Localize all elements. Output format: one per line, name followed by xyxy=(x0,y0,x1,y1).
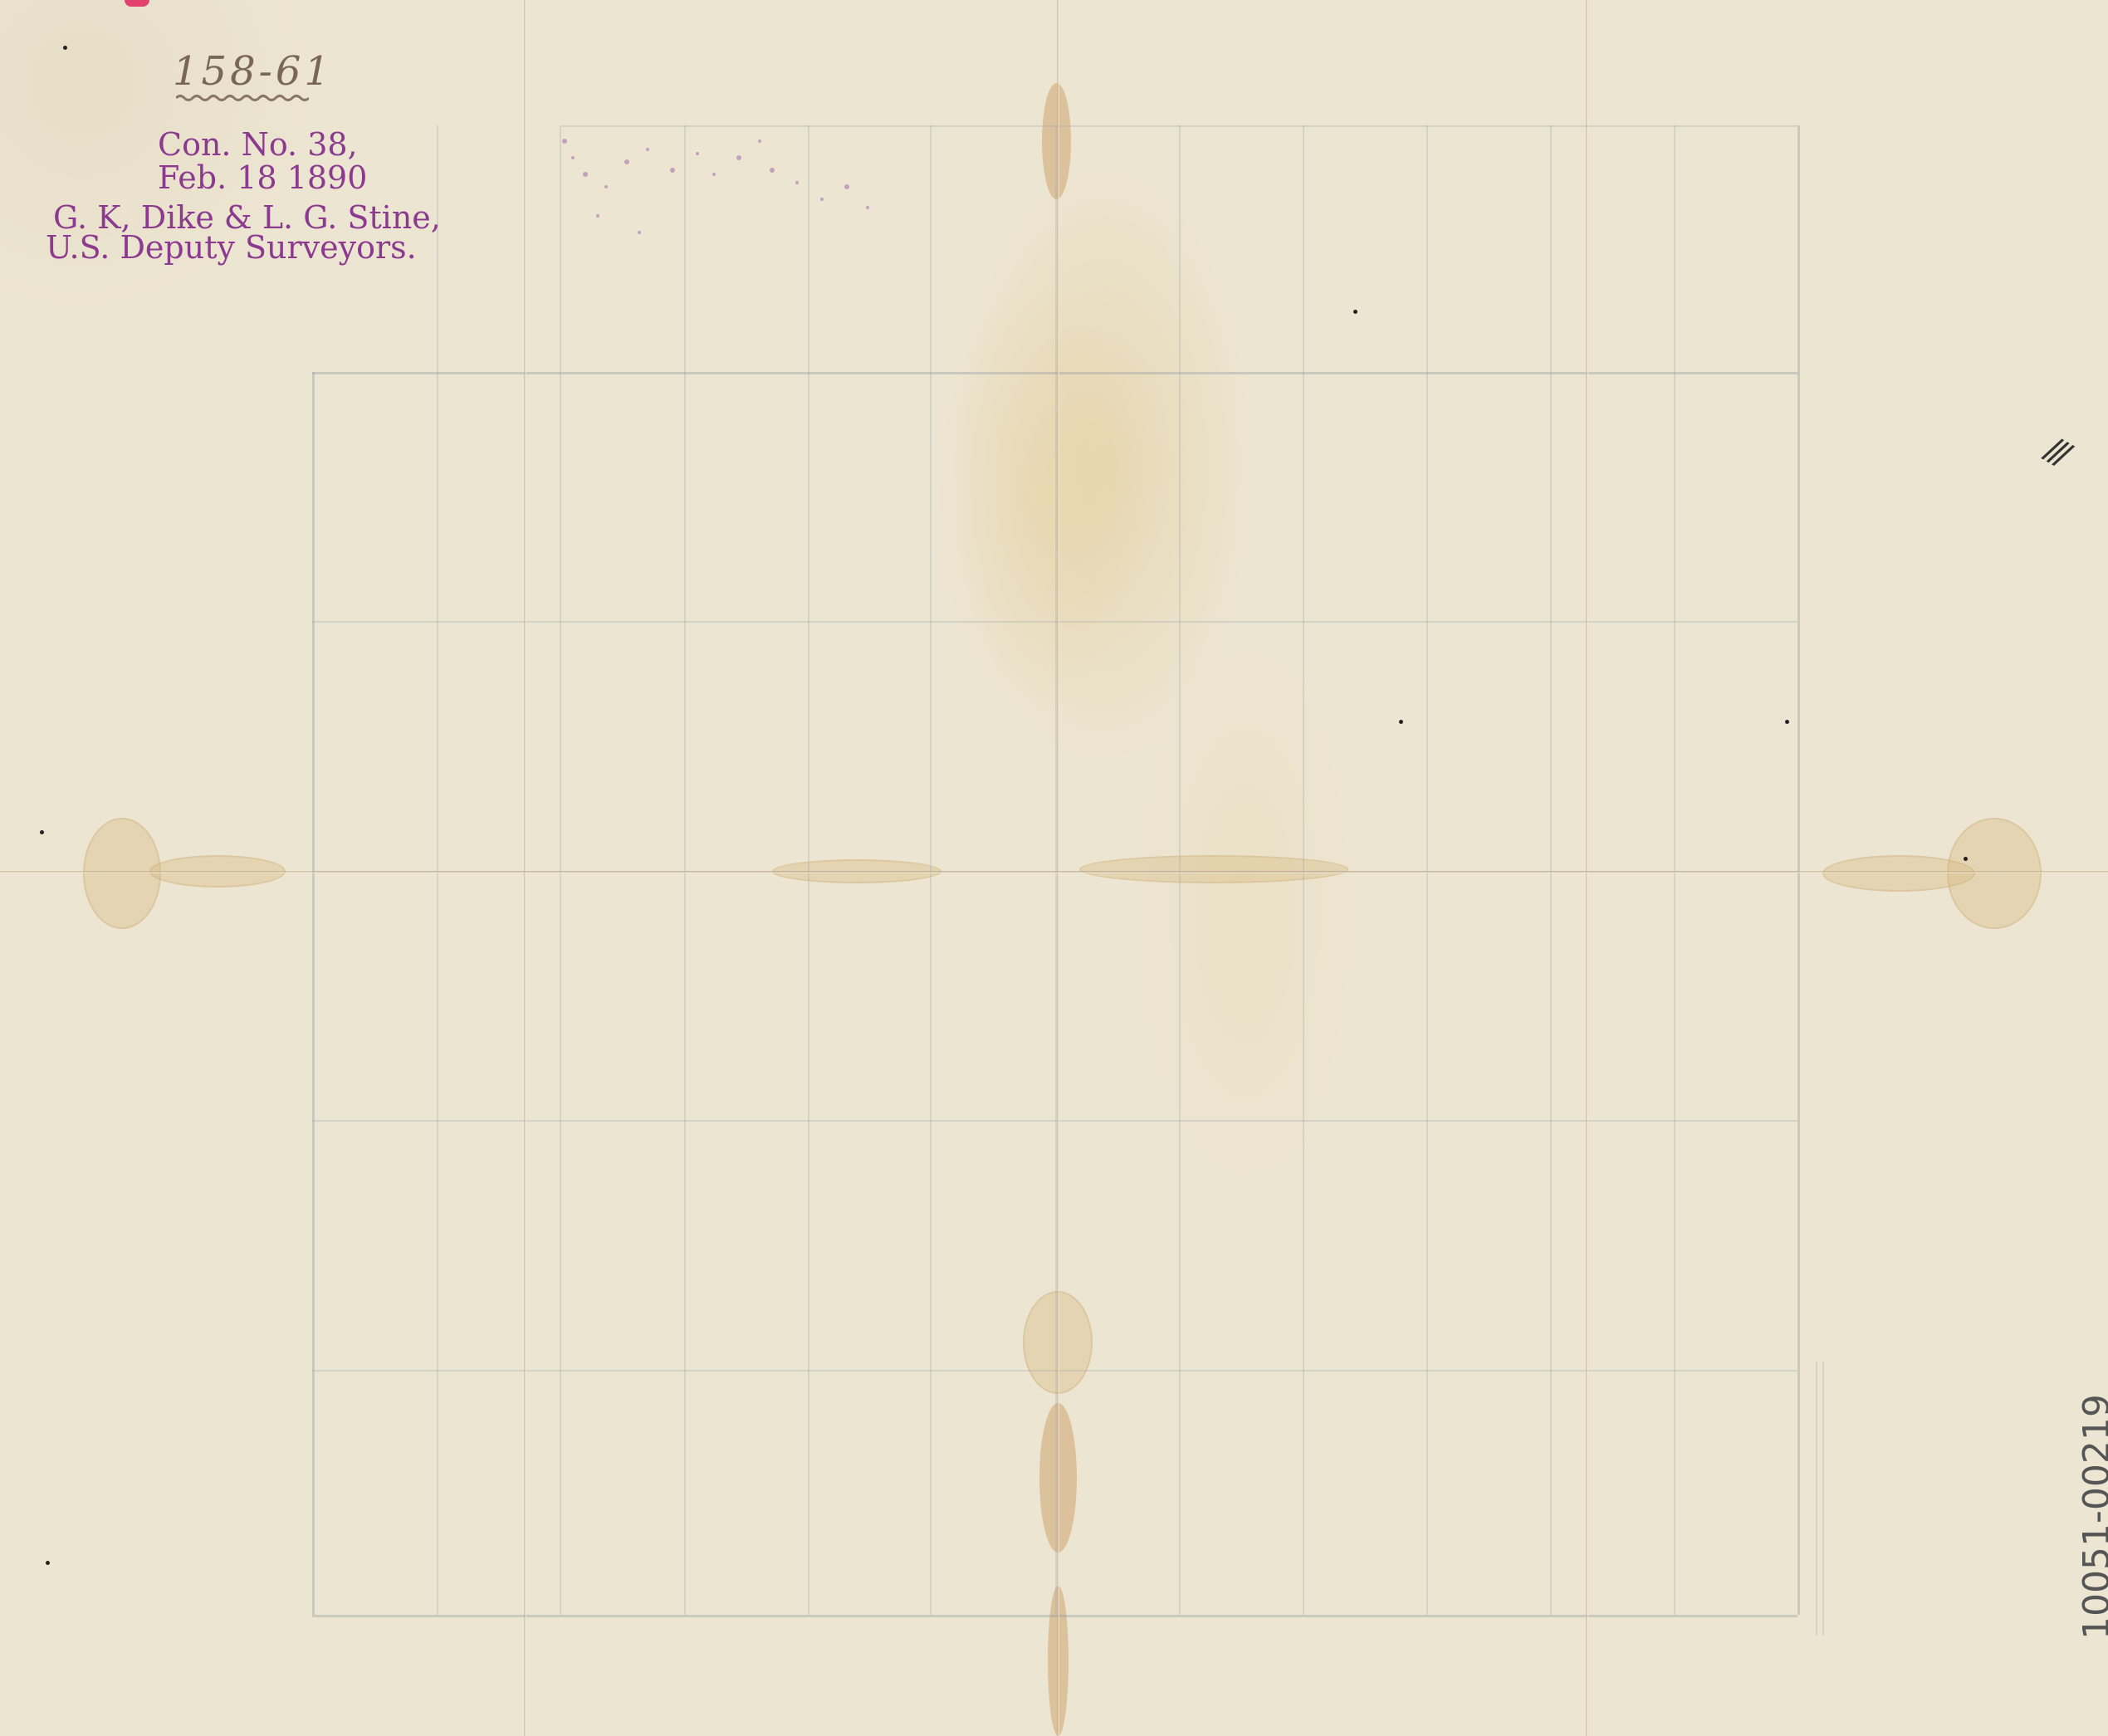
stamp-date: Feb. 18 1890 xyxy=(158,162,367,193)
vertical-fold-crease xyxy=(1057,0,1059,1736)
outer-border-rule xyxy=(1816,1362,1817,1636)
grid-column-line xyxy=(560,125,561,1615)
grid-column-line xyxy=(1426,125,1428,1615)
grid-row-line xyxy=(312,621,1797,623)
pencil-tally-marks: /// xyxy=(2038,429,2073,472)
water-stain-right-trail xyxy=(1822,855,1975,892)
vertical-fold-crease xyxy=(524,0,526,1736)
stamp-surveyor-title: U.S. Deputy Surveyors. xyxy=(46,232,417,263)
faded-stamp-residue xyxy=(548,125,897,257)
document-sheet: 158-61 Con. No. 38, Feb. 18 1890 G. K, D… xyxy=(0,0,2108,1736)
ink-speck xyxy=(1353,310,1357,314)
archive-id: 10051-00219 xyxy=(2076,1394,2108,1640)
stamp-contract-number: Con. No. 38, xyxy=(158,129,358,160)
grid-column-line xyxy=(437,125,438,1615)
grid-column-line xyxy=(808,125,809,1615)
grid-column-line xyxy=(1303,125,1304,1615)
water-stain-center-right xyxy=(1079,855,1348,883)
red-ink-mark xyxy=(125,0,149,7)
grid-column-line xyxy=(930,125,932,1615)
grid-column-line xyxy=(684,125,686,1615)
ink-speck xyxy=(1785,720,1789,724)
grid-column-line xyxy=(312,372,315,1615)
grid-column-line xyxy=(1550,125,1552,1615)
horizontal-fold-crease xyxy=(0,871,2108,873)
ink-speck xyxy=(63,46,67,50)
grid-row-line xyxy=(312,1615,1797,1617)
ink-speck xyxy=(40,830,44,834)
outer-border-rule xyxy=(1822,1362,1824,1636)
grid-row-line xyxy=(312,1120,1797,1122)
ink-speck xyxy=(1964,857,1968,861)
grid-row-line xyxy=(312,372,1797,374)
grid-column-line xyxy=(1674,125,1675,1615)
ink-speck xyxy=(1399,720,1403,724)
grid-column-line xyxy=(1179,125,1181,1615)
file-number: 158-61 xyxy=(173,48,333,95)
vertical-fold-crease xyxy=(1586,0,1588,1736)
grid-column-line xyxy=(1797,125,1800,1615)
ink-speck xyxy=(46,1561,50,1565)
grid-row-line xyxy=(312,1370,1797,1372)
wavy-underline xyxy=(176,93,309,103)
